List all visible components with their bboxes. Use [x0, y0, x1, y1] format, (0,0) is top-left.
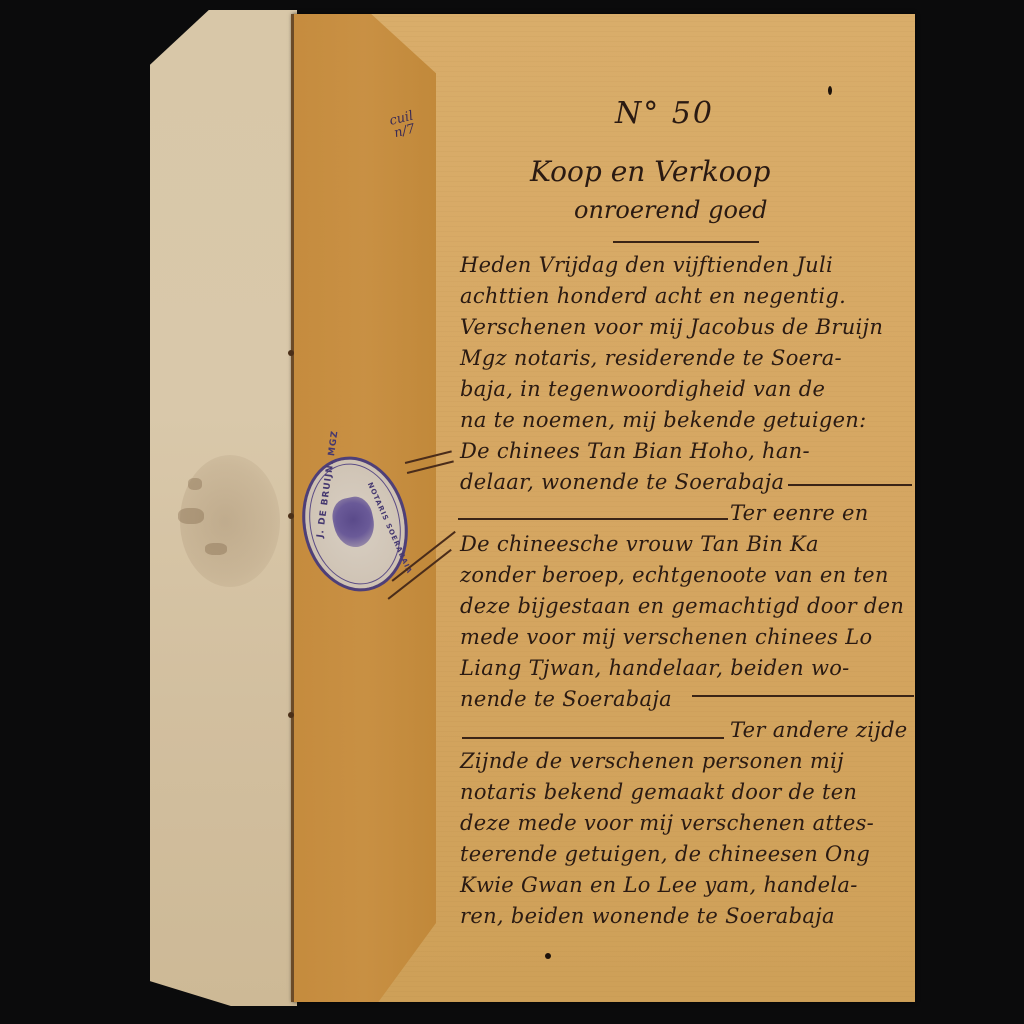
stain-blot — [205, 543, 227, 555]
body-line: na te noemen, mij bekende getuigen: — [460, 405, 915, 436]
deed-title: Koop en Verkoop — [530, 155, 770, 188]
body-line: baja, in tegenwoordigheid van de — [460, 374, 915, 405]
deed-subtitle: onroerend goed — [574, 196, 768, 224]
body-line: mede voor mij verschenen chinees Lo — [460, 622, 915, 653]
fill-rule — [462, 737, 724, 739]
title-underline — [613, 241, 759, 243]
pinhole — [288, 513, 294, 519]
document-photo: cuil n/7 J. DE BRUIJN. MGZ NOTARIS SOERA… — [0, 0, 1024, 1024]
body-line: Verschenen voor mij Jacobus de Bruijn — [460, 312, 915, 343]
body-line: Ter eenre en — [460, 498, 915, 529]
body-line: De chineesche vrouw Tan Bin Ka — [460, 529, 915, 560]
body-line: Ter andere zijde — [460, 715, 915, 746]
body-line: deze mede voor mij verschenen attes- — [460, 808, 915, 839]
body-line: nende te Soerabaja — [460, 684, 915, 715]
pinhole — [288, 712, 294, 718]
body-line: achttien honderd acht en negentig. — [460, 281, 915, 312]
body-line: Mgz notaris, residerende te Soera- — [460, 343, 915, 374]
fill-rule — [788, 484, 912, 486]
seal-text-outer: J. DE BRUIJN. MGZ — [316, 482, 334, 539]
fill-rule — [458, 518, 728, 520]
body-line: zonder beroep, echtgenoote van en ten — [460, 560, 915, 591]
pinhole — [288, 350, 294, 356]
body-line: teerende getuigen, de chineesen Ong — [460, 839, 915, 870]
stain-blot — [188, 478, 202, 490]
fill-rule — [692, 695, 914, 697]
body-line: delaar, wonende te Soerabaja — [460, 467, 915, 498]
body-line: deze bijgestaan en gemachtigd door den — [460, 591, 915, 622]
stain-blot — [178, 508, 204, 524]
deed-body: Heden Vrijdag den vijftienden Juli achtt… — [460, 250, 915, 932]
body-line: Heden Vrijdag den vijftienden Juli — [460, 250, 915, 281]
binding-edge — [291, 14, 294, 1002]
body-line: Zijnde de verschenen personen mij — [460, 746, 915, 777]
coat-of-arms-icon — [329, 494, 379, 551]
body-line: De chinees Tan Bian Hoho, han- — [460, 436, 915, 467]
ink-spot — [828, 86, 832, 95]
deed-number: N° 50 — [615, 96, 714, 131]
body-line: ren, beiden wonende te Soerabaja — [460, 901, 915, 932]
ink-spot — [545, 953, 551, 959]
body-line: Kwie Gwan en Lo Lee yam, handela- — [460, 870, 915, 901]
body-line: Liang Tjwan, handelaar, beiden wo- — [460, 653, 915, 684]
body-line: notaris bekend gemaakt door de ten — [460, 777, 915, 808]
